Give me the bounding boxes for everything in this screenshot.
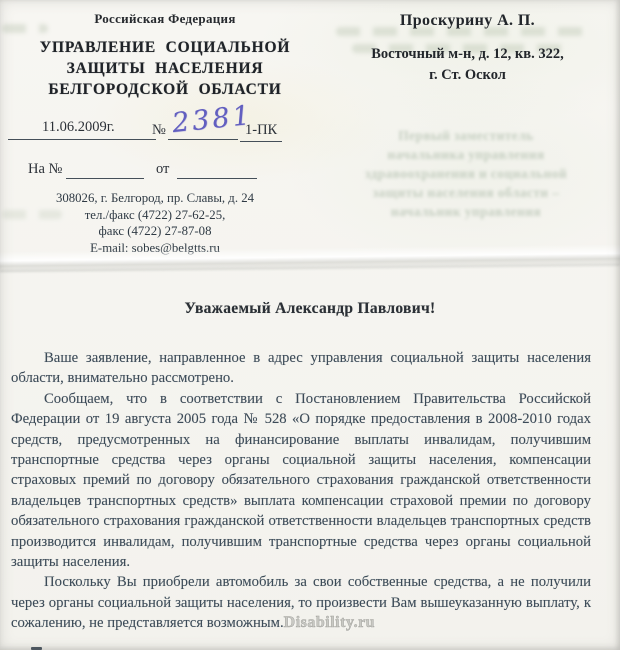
letterhead-org-line: ЗАЩИТЫ НАСЕЛЕНИЯ bbox=[15, 58, 315, 79]
letter-body: Ваше заявление, направленное в адрес упр… bbox=[11, 348, 591, 634]
letterhead-org-name: УПРАВЛЕНИЕ СОЦИАЛЬНОЙ ЗАЩИТЫ НАСЕЛЕНИЯ Б… bbox=[15, 37, 315, 100]
recipient-address-line: г. Ст. Оскол bbox=[325, 65, 610, 86]
number-label: № bbox=[152, 122, 166, 139]
salutation: Уважаемый Александр Павлович! bbox=[0, 300, 620, 318]
bleedthrough-line: защиты населения области – bbox=[338, 183, 594, 202]
letterhead-country: Российская Федерация bbox=[30, 11, 300, 27]
recipient-block: Проскурину А. П. Восточный м-н, д. 12, к… bbox=[325, 12, 610, 86]
contact-line: тел./факс (4722) 27-62-25, bbox=[30, 207, 280, 224]
number-code: 1-ПК bbox=[240, 122, 282, 142]
recipient-address: Восточный м-н, д. 12, кв. 322, г. Ст. Ос… bbox=[325, 44, 610, 86]
number-underline bbox=[168, 139, 238, 140]
contact-line: 308026, г. Белгород, пр. Славы, д. 24 bbox=[30, 190, 280, 207]
paragraph: Сообщаем, что в соответствии с Постановл… bbox=[11, 389, 591, 573]
date-underline bbox=[8, 139, 156, 140]
recipient-name: Проскурину А. П. bbox=[325, 12, 610, 30]
contact-line: факс (4722) 27-87-08 bbox=[30, 223, 280, 240]
bleedthrough-text-block: Первый заместитель начальника управления… bbox=[338, 126, 594, 221]
reply-date-underline bbox=[177, 178, 257, 179]
recipient-address-line: Восточный м-н, д. 12, кв. 322, bbox=[325, 44, 610, 65]
bleedthrough-line: здравоохранения и социальной bbox=[338, 164, 594, 183]
reply-from-label: от bbox=[156, 161, 169, 178]
letterhead-org-line: УПРАВЛЕНИЕ СОЦИАЛЬНОЙ bbox=[15, 37, 315, 58]
scanned-letter-page: Первый заместитель начальника управления… bbox=[0, 0, 620, 650]
paragraph: Ваше заявление, направленное в адрес упр… bbox=[11, 348, 591, 389]
sender-contact-block: 308026, г. Белгород, пр. Славы, д. 24 те… bbox=[30, 190, 280, 256]
site-watermark: Disability.ru bbox=[284, 614, 375, 631]
bleedthrough-line: Первый заместитель bbox=[338, 126, 594, 145]
reply-to-label: На № bbox=[28, 161, 62, 178]
reply-number-underline bbox=[66, 178, 144, 179]
letterhead-org-line: БЕЛГОРОДСКОЙ ОБЛАСТИ bbox=[15, 79, 315, 100]
bleedthrough-line: начальник управления bbox=[338, 202, 594, 221]
paragraph: Поскольку Вы приобрели автомобиль за сво… bbox=[11, 572, 591, 633]
bleedthrough-line: начальника управления bbox=[338, 145, 594, 164]
letter-date: 11.06.2009г. bbox=[42, 119, 115, 136]
